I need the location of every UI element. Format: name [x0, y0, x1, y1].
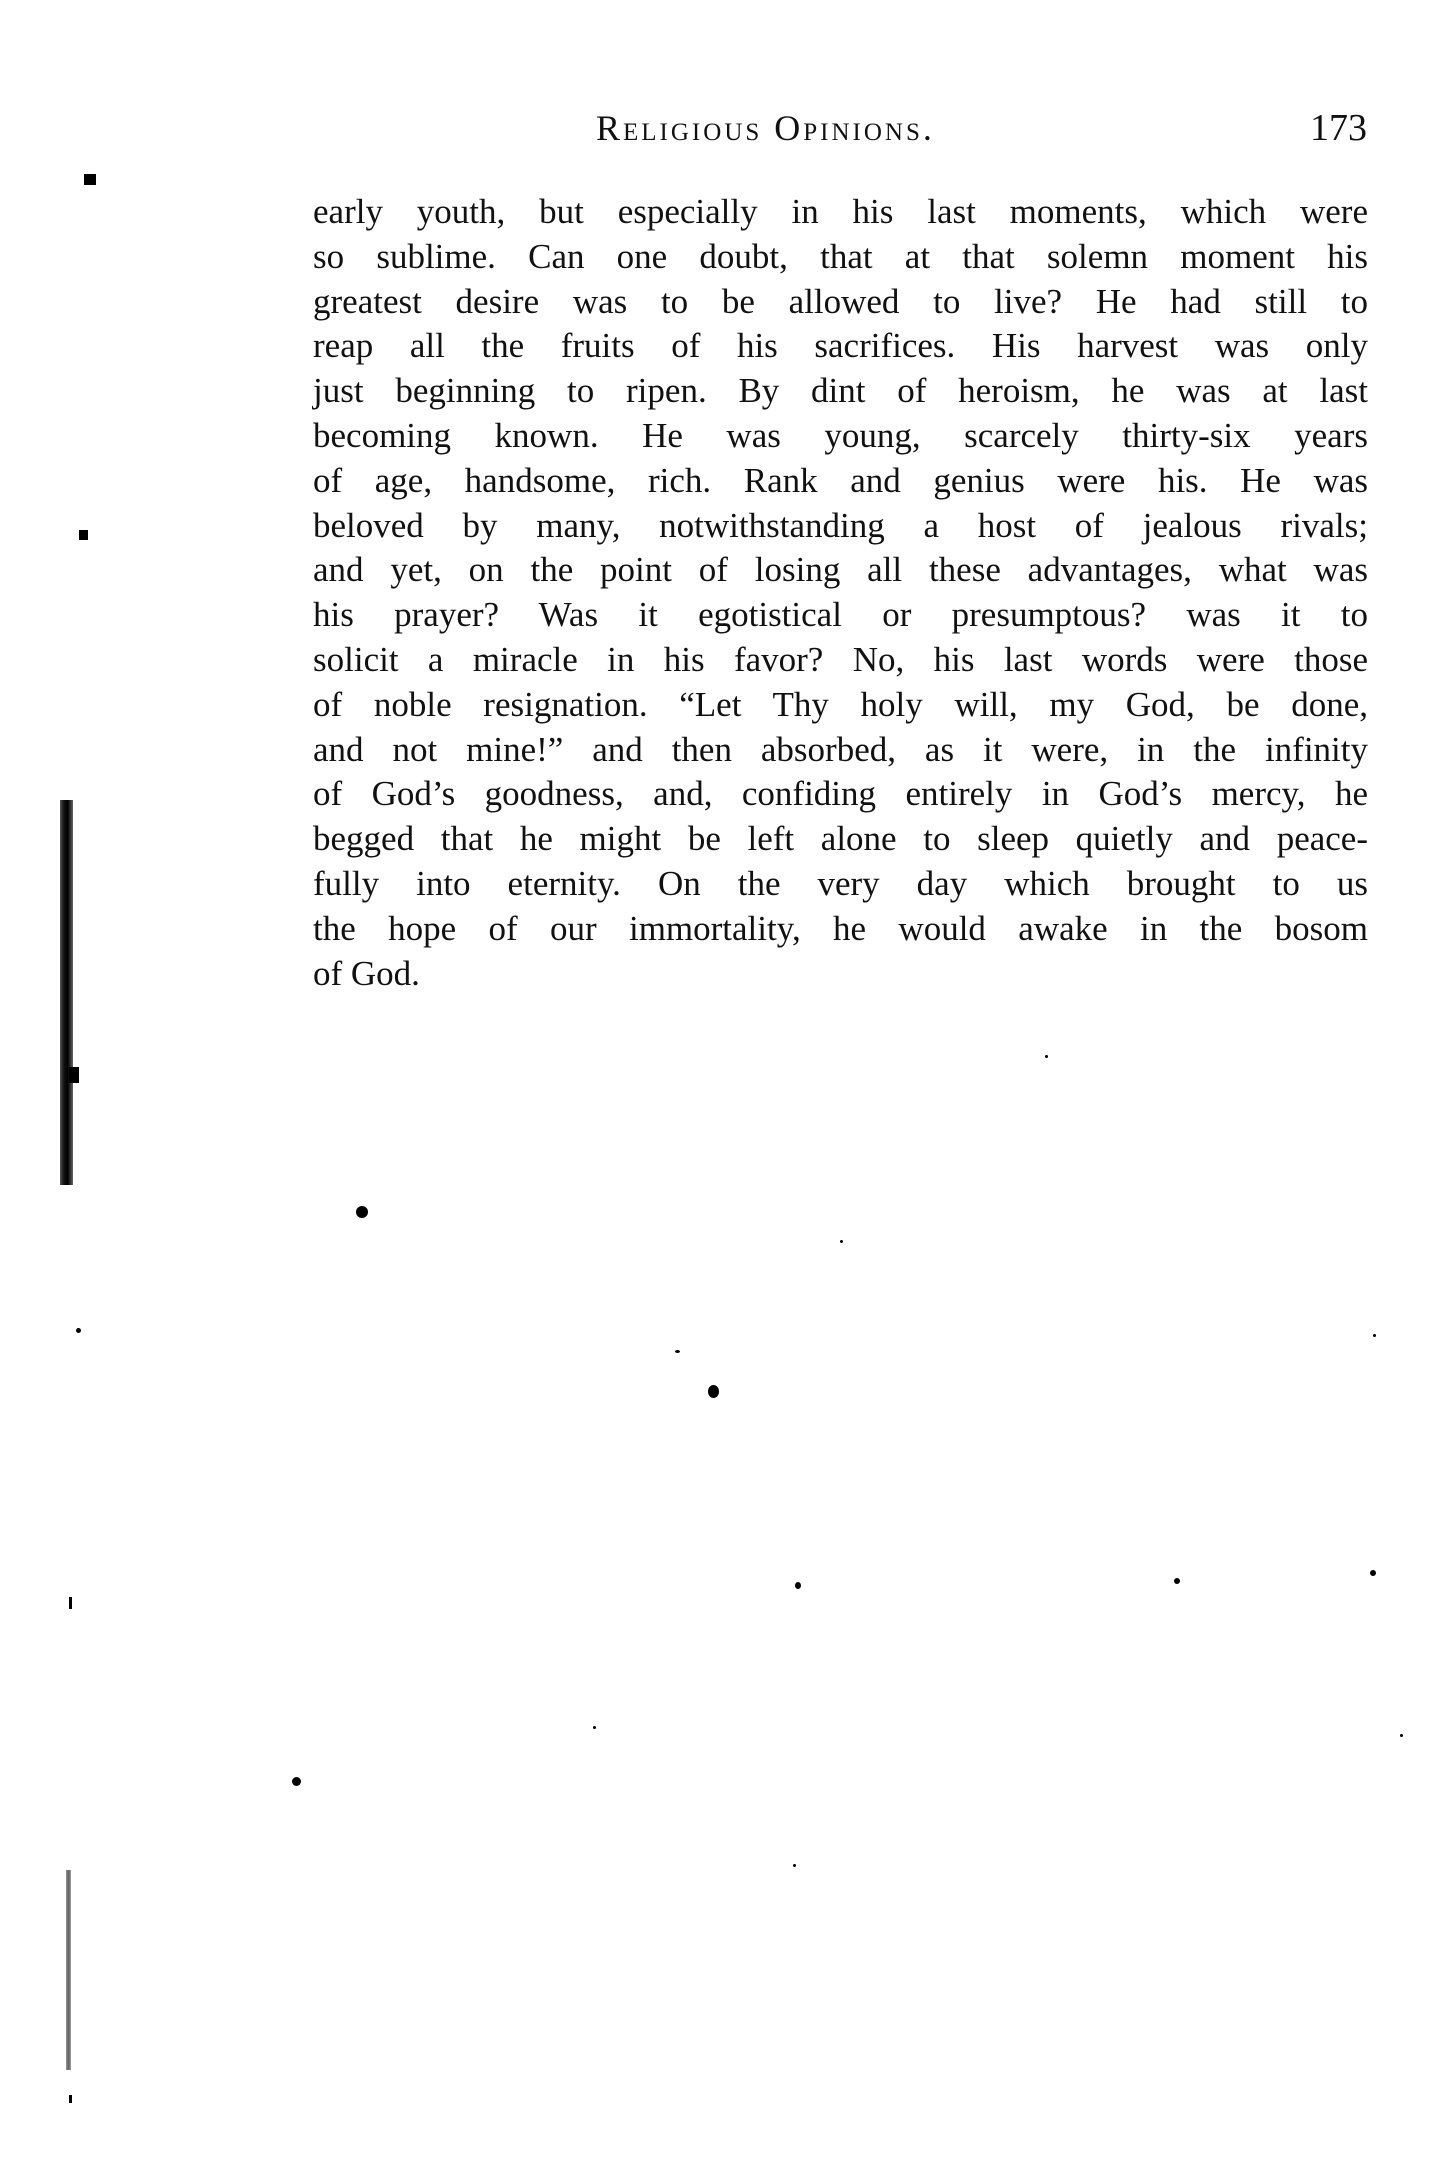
text-line: his prayer? Was it egotistical or presum…	[313, 593, 1368, 638]
body-paragraph: early youth, but especially in his last …	[313, 190, 1368, 996]
running-head: Religious Opinions.	[596, 108, 935, 148]
text-line: early youth, but especially in his last …	[313, 190, 1368, 235]
ink-speck	[1174, 1578, 1180, 1584]
binding-shadow-bar	[66, 1870, 71, 2070]
text-line: of age, handsome, rich. Rank and genius …	[313, 459, 1368, 504]
text-line: becoming known. He was young, scarcely t…	[313, 414, 1368, 459]
text-line: and yet, on the point of losing all thes…	[313, 548, 1368, 593]
ink-speck	[76, 1328, 81, 1333]
book-page: Religious Opinions. 173 early youth, but…	[0, 0, 1443, 2157]
text-line: just beginning to ripen. By dint of hero…	[313, 369, 1368, 414]
scan-mark	[69, 1067, 79, 1083]
text-line: reap all the fruits of his sacrifices. H…	[313, 324, 1368, 369]
text-line: of noble resignation. “Let Thy holy will…	[313, 683, 1368, 728]
ink-speck	[840, 1240, 843, 1243]
ink-speck	[1400, 1734, 1403, 1737]
text-line: and not mine!” and then absorbed, as it …	[313, 728, 1368, 773]
page-number: 173	[1310, 108, 1367, 148]
ink-speck	[1045, 1055, 1048, 1058]
binding-shadow-bar	[60, 800, 73, 1185]
ink-speck	[292, 1777, 301, 1786]
text-line: solicit a miracle in his favor? No, his …	[313, 638, 1368, 683]
ink-speck	[1370, 1570, 1376, 1576]
scan-mark	[69, 2095, 72, 2103]
scan-mark	[84, 174, 96, 185]
text-line: the hope of our immortality, he would aw…	[313, 907, 1368, 952]
text-line: beloved by many, notwithstanding a host …	[313, 504, 1368, 549]
ink-speck	[708, 1385, 719, 1398]
text-line: of God.	[313, 952, 1368, 997]
scan-mark	[79, 530, 88, 540]
text-line: of God’s goodness, and, confiding entire…	[313, 772, 1368, 817]
text-line: begged that he might be left alone to sl…	[313, 817, 1368, 862]
scan-mark	[69, 1597, 72, 1609]
ink-speck	[356, 1206, 368, 1218]
text-line: so sublime. Can one doubt, that at that …	[313, 235, 1368, 280]
ink-speck	[1373, 1334, 1376, 1337]
ink-speck	[793, 1864, 796, 1867]
ink-speck	[795, 1582, 801, 1589]
text-line: fully into eternity. On the very day whi…	[313, 862, 1368, 907]
ink-speck	[593, 1726, 596, 1729]
ink-speck	[675, 1350, 680, 1353]
text-line: greatest desire was to be allowed to liv…	[313, 280, 1368, 325]
